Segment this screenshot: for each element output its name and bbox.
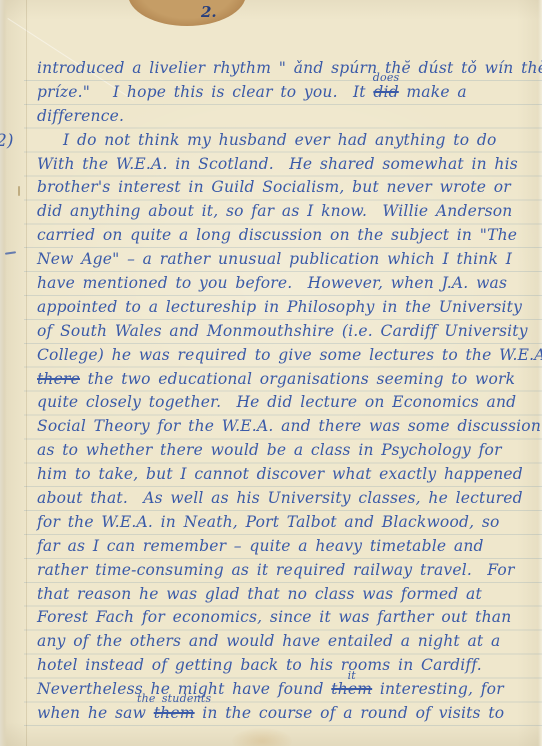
margin-line xyxy=(26,0,27,746)
line-text: when he saw xyxy=(37,704,154,722)
line-text: interesting, for xyxy=(372,680,504,698)
letter-line: New Age" – a rather unusual publication … xyxy=(37,248,540,272)
letter-line: I do not think my husband ever had anyth… xyxy=(37,129,540,153)
letter-line: for the W.E.A. in Neath, Port Talbot and… xyxy=(37,511,540,535)
line-text: carried on quite a long discussion on th… xyxy=(37,226,517,244)
line-text: College) he was required to give some le… xyxy=(37,346,542,364)
page-scan: 2. 2) introduced a livelier rhythm " ǎnd… xyxy=(0,0,542,746)
letter-line: that reason he was glad that no class wa… xyxy=(37,583,540,607)
letter-line: difference. xyxy=(37,105,540,129)
letter-line: did anything about it, so far as I know.… xyxy=(37,200,540,224)
letter-line: hotel instead of getting back to his roo… xyxy=(37,654,540,678)
letter-line: príze." I hope this is clear to you. It … xyxy=(37,81,540,105)
letter-line: have mentioned to you before. However, w… xyxy=(37,272,540,296)
line-text: Forest Fach for economics, since it was … xyxy=(37,608,511,626)
line-text: as to whether there would be a class in … xyxy=(37,441,502,459)
letter-line: there the two educational organisations … xyxy=(37,368,540,392)
line-text: that reason he was glad that no class wa… xyxy=(37,585,482,603)
letter-line: of South Wales and Monmouthshire (i.e. C… xyxy=(37,320,540,344)
correction: there xyxy=(37,368,80,392)
letter-line: College) he was required to give some le… xyxy=(37,344,540,368)
line-text: príze." I hope this is clear to you. It xyxy=(37,83,373,101)
line-text: hotel instead of getting back to his roo… xyxy=(37,656,482,674)
line-text: introduced a livelier rhythm " ǎnd spúrn… xyxy=(37,59,542,77)
line-text: in the course of a round of visits to xyxy=(195,704,505,722)
line-text: the two educational organisations seemin… xyxy=(80,370,515,388)
paragraph-marker: 2) xyxy=(0,131,13,151)
line-text: Social Theory for the W.E.A. and there w… xyxy=(37,417,541,435)
line-text: far as I can remember – quite a heavy ti… xyxy=(37,537,484,555)
inserted-word: the students xyxy=(137,693,211,704)
line-text: quite closely together. He did lecture o… xyxy=(37,393,516,411)
letter-line: introduced a livelier rhythm " ǎnd spúrn… xyxy=(37,57,540,81)
line-text: New Age" – a rather unusual publication … xyxy=(37,250,512,268)
letter-line: as to whether there would be a class in … xyxy=(37,439,540,463)
line-text: about that. As well as his University cl… xyxy=(37,489,523,507)
letter-line: With the W.E.A. in Scotland. He shared s… xyxy=(37,153,540,177)
letter-body: introduced a livelier rhythm " ǎnd spúrn… xyxy=(37,57,540,726)
struck-word: them xyxy=(154,704,195,722)
letter-line: him to take, but I cannot discover what … xyxy=(37,463,540,487)
line-text: for the W.E.A. in Neath, Port Talbot and… xyxy=(37,513,500,531)
line-text: have mentioned to you before. However, w… xyxy=(37,274,507,292)
page-left-edge xyxy=(0,0,7,746)
line-text: him to take, but I cannot discover what … xyxy=(37,465,523,483)
letter-line: Forest Fach for economics, since it was … xyxy=(37,606,540,630)
letter-line: when he saw themthe students in the cour… xyxy=(37,702,540,726)
line-text: I do not think my husband ever had anyth… xyxy=(63,131,497,149)
line-text: appointed to a lectureship in Philosophy… xyxy=(37,298,522,316)
line-text: did anything about it, so far as I know.… xyxy=(37,202,512,220)
struck-word: there xyxy=(37,370,80,388)
letter-line: carried on quite a long discussion on th… xyxy=(37,224,540,248)
letter-line: rather time-consuming as it required rai… xyxy=(37,559,540,583)
struck-word: did xyxy=(373,83,398,101)
letter-line: Social Theory for the W.E.A. and there w… xyxy=(37,415,540,439)
page-number: 2. xyxy=(201,3,217,21)
letter-line: far as I can remember – quite a heavy ti… xyxy=(37,535,540,559)
line-text: brother's interest in Guild Socialism, b… xyxy=(37,178,511,196)
line-text: difference. xyxy=(37,107,124,125)
tape-stain xyxy=(128,0,246,26)
margin-dash xyxy=(5,251,16,255)
correction: themthe students xyxy=(154,702,195,726)
letter-line: any of the others and would have entaile… xyxy=(37,630,540,654)
letter-line: about that. As well as his University cl… xyxy=(37,487,540,511)
line-text: rather time-consuming as it required rai… xyxy=(37,561,515,579)
line-text: of South Wales and Monmouthshire (i.e. C… xyxy=(37,322,528,340)
letter-line: quite closely together. He did lecture o… xyxy=(37,391,540,415)
line-text: make a xyxy=(399,83,467,101)
line-text: With the W.E.A. in Scotland. He shared s… xyxy=(37,155,518,173)
inserted-word: it xyxy=(348,670,356,681)
inserted-word: does xyxy=(373,72,400,83)
letter-line: brother's interest in Guild Socialism, b… xyxy=(37,176,540,200)
correction: themit xyxy=(331,678,372,702)
line-text: any of the others and would have entaile… xyxy=(37,632,500,650)
correction: diddoes xyxy=(373,81,398,105)
margin-tick xyxy=(18,186,20,196)
letter-line: Nevertheless he might have found themit … xyxy=(37,678,540,702)
struck-word: them xyxy=(331,680,372,698)
letter-line: appointed to a lectureship in Philosophy… xyxy=(37,296,540,320)
